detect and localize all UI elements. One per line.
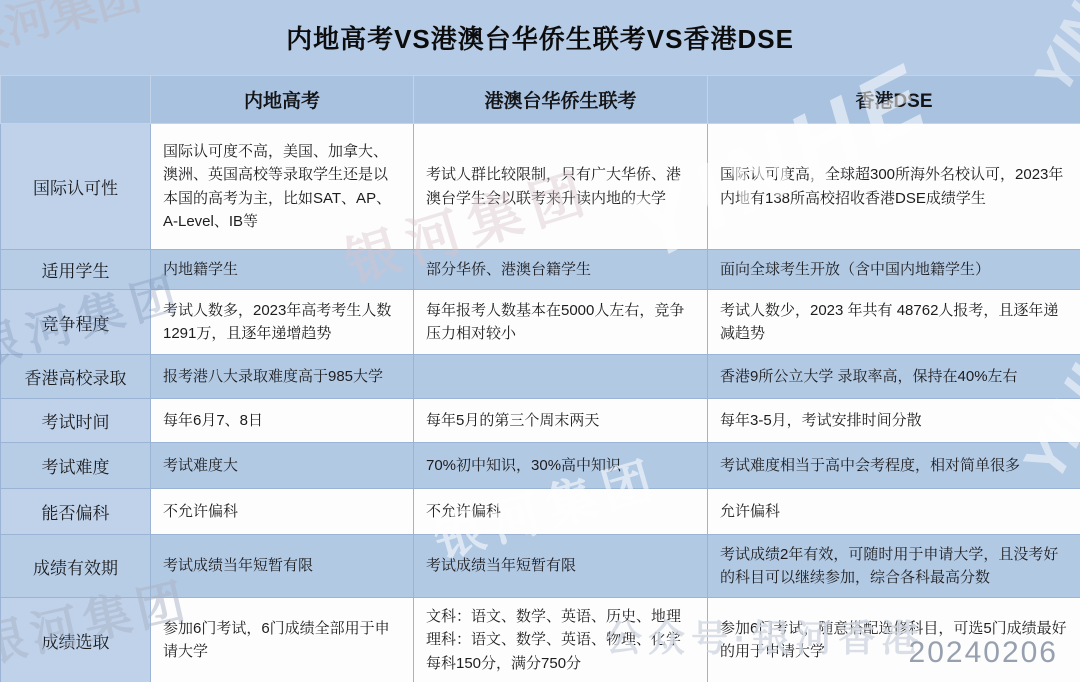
table-cell: 每年5月的第三个周末两天 [414,399,708,443]
row-label: 能否偏科 [1,489,151,535]
table-cell: 每年报考人数基本在5000人左右，竞争压力相对较小 [414,290,708,355]
comparison-page: 内地高考VS港澳台华侨生联考VS香港DSE 内地高考 港澳台华侨生联考 香港DS… [0,0,1080,682]
row-label: 国际认可性 [1,124,151,250]
table-cell: 考试成绩2年有效，可随时用于申请大学，且没考好的科目可以继续参加，综合各科最高分… [708,535,1080,598]
table-cell: 参加6门考试，6门成绩全部用于申请大学 [151,598,414,682]
table-cell: 不允许偏科 [414,489,708,535]
table-row-competition: 竞争程度 考试人数多，2023年高考考生人数1291万，且逐年递增趋势 每年报考… [1,290,1080,355]
header-cell-gaokao: 内地高考 [151,76,414,124]
row-label: 考试时间 [1,399,151,443]
table-cell: 考试成绩当年短暂有限 [151,535,414,598]
comparison-table: 内地高考 港澳台华侨生联考 香港DSE 国际认可性 国际认可度不高，美国、加拿大… [0,75,1080,682]
table-cell: 面向全球考生开放（含中国内地籍学生） [708,250,1080,290]
table-cell: 考试人数多，2023年高考考生人数1291万，且逐年递增趋势 [151,290,414,355]
table-cell: 国际认可度高，全球超300所海外名校认可，2023年内地有138所高校招收香港D… [708,124,1080,250]
table-cell: 不允许偏科 [151,489,414,535]
row-label: 成绩选取 [1,598,151,682]
table-cell: 考试难度大 [151,443,414,489]
table-row-hk-university-admission: 香港高校录取 报考港八大录取难度高于985大学 香港9所公立大学 录取率高，保持… [1,355,1080,399]
page-title: 内地高考VS港澳台华侨生联考VS香港DSE [0,0,1080,75]
table-cell: 允许偏科 [708,489,1080,535]
table-row-score-validity: 成绩有效期 考试成绩当年短暂有限 考试成绩当年短暂有限 考试成绩2年有效，可随时… [1,535,1080,598]
row-label: 竞争程度 [1,290,151,355]
row-label: 适用学生 [1,250,151,290]
table-cell: 考试人数少，2023 年共有 48762人报考，且逐年递减趋势 [708,290,1080,355]
table-cell: 香港9所公立大学 录取率高，保持在40%左右 [708,355,1080,399]
table-row-exam-time: 考试时间 每年6月7、8日 每年5月的第三个周末两天 每年3-5月，考试安排时间… [1,399,1080,443]
table-cell: 每年6月7、8日 [151,399,414,443]
row-label: 香港高校录取 [1,355,151,399]
table-cell: 内地籍学生 [151,250,414,290]
table-row-applicable-students: 适用学生 内地籍学生 部分华侨、港澳台籍学生 面向全球考生开放（含中国内地籍学生… [1,250,1080,290]
row-label: 考试难度 [1,443,151,489]
table-cell: 国际认可度不高，美国、加拿大、澳洲、英国高校等录取学生还是以本国的高考为主，比如… [151,124,414,250]
header-cell-liankao: 港澳台华侨生联考 [414,76,708,124]
table-cell: 考试人群比较限制，只有广大华侨、港澳台学生会以联考来升读内地的大学 [414,124,708,250]
header-cell-dse: 香港DSE [708,76,1080,124]
table-cell: 考试难度相当于高中会考程度，相对简单很多 [708,443,1080,489]
table-cell: 参加6门考试，随意搭配选修科目，可选5门成绩最好的用于申请大学 [708,598,1080,682]
table-cell: 每年3-5月，考试安排时间分散 [708,399,1080,443]
table-cell: 部分华侨、港澳台籍学生 [414,250,708,290]
table-cell: 文科：语文、数学、英语、历史、地理 理科：语文、数学、英语、物理、化学 每科15… [414,598,708,682]
table-header-row: 内地高考 港澳台华侨生联考 香港DSE [1,76,1080,124]
table-row-subject-bias: 能否偏科 不允许偏科 不允许偏科 允许偏科 [1,489,1080,535]
row-label: 成绩有效期 [1,535,151,598]
header-cell-empty [1,76,151,124]
table-cell: 考试成绩当年短暂有限 [414,535,708,598]
table-row-score-selection: 成绩选取 参加6门考试，6门成绩全部用于申请大学 文科：语文、数学、英语、历史、… [1,598,1080,682]
table-row-exam-difficulty: 考试难度 考试难度大 70%初中知识，30%高中知识 考试难度相当于高中会考程度… [1,443,1080,489]
table-row-international-recognition: 国际认可性 国际认可度不高，美国、加拿大、澳洲、英国高校等录取学生还是以本国的高… [1,124,1080,250]
table-cell: 70%初中知识，30%高中知识 [414,443,708,489]
table-cell: 报考港八大录取难度高于985大学 [151,355,414,399]
table-cell [414,355,708,399]
